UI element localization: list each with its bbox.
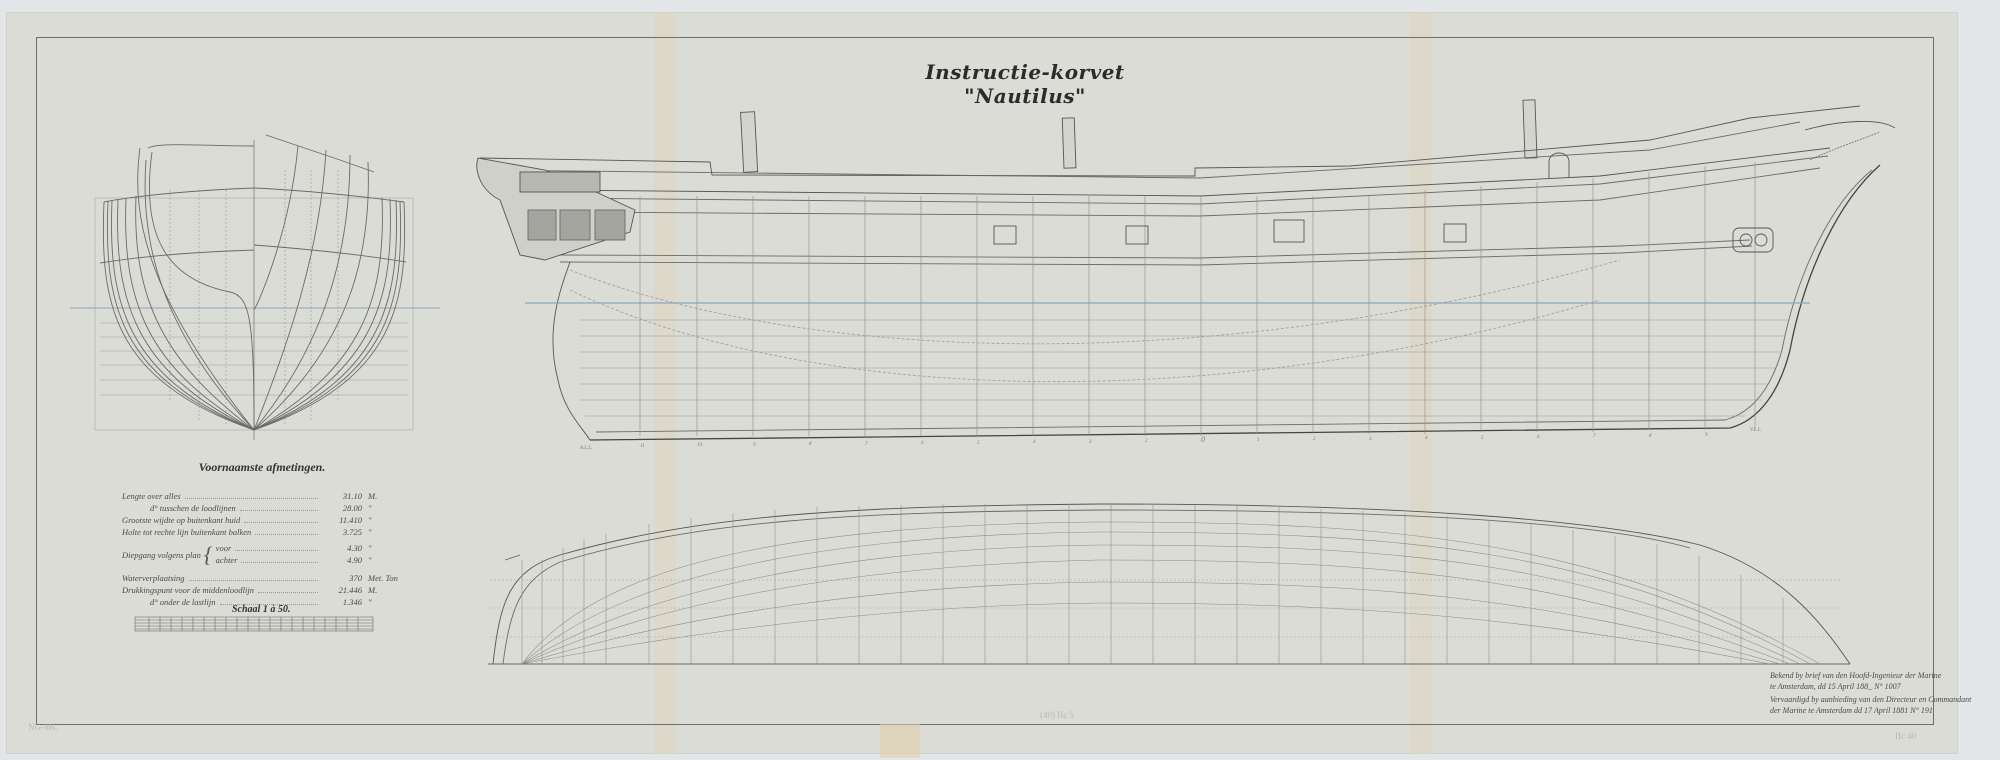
principal-dimensions-table: Voornaamste afmetingen. Lengte over alle…: [122, 460, 402, 609]
drawing-title: Instructie-korvet "Nautilus": [905, 60, 1145, 108]
svg-text:V.L.L.: V.L.L.: [1750, 428, 1762, 433]
ship-lines-drawing: A.L.L. 11109 876 543 20 123 456 789 V.L.…: [0, 0, 2000, 760]
archive-stamp: (40) IIc 5: [1040, 710, 1074, 720]
half-breadth-plan: [488, 504, 1850, 664]
svg-text:5: 5: [977, 441, 980, 446]
svg-text:6: 6: [921, 441, 924, 446]
scale-title: Schaal 1 à 50.: [232, 604, 290, 615]
svg-text:4: 4: [1425, 436, 1428, 441]
svg-text:4: 4: [1033, 440, 1036, 445]
brace-icon: {: [204, 544, 213, 566]
archive-number: IIc 40: [1895, 731, 1916, 741]
svg-text:11: 11: [640, 444, 645, 449]
svg-text:8: 8: [1649, 434, 1652, 439]
svg-text:6: 6: [1537, 435, 1540, 440]
station-labels: A.L.L. 11109 876 543 20 123 456 789 V.L.…: [579, 428, 1762, 451]
archive-ref: NG-MC: [28, 722, 58, 732]
svg-text:8: 8: [809, 442, 812, 447]
svg-text:9: 9: [1705, 433, 1708, 438]
paper-label: [880, 724, 920, 758]
sheer-plan: [477, 100, 1895, 440]
body-plan: [70, 135, 440, 440]
dimensions-title: Voornaamste afmetingen.: [122, 460, 402, 475]
svg-text:3: 3: [1369, 437, 1372, 442]
dimension-row: Grootste wijdte op buitenkant huid 11.41…: [122, 515, 402, 527]
main-mast: [1062, 118, 1076, 168]
svg-text:1: 1: [1257, 438, 1260, 443]
svg-text:2: 2: [1145, 439, 1148, 444]
svg-text:A.L.L.: A.L.L.: [579, 446, 592, 451]
dimension-row: d° tusschen de loodlijnen 28.00 ": [122, 503, 402, 515]
approval-note-2: Vervaardigd by aanbieding van den Direct…: [1770, 694, 1971, 716]
scale-bar: [135, 617, 373, 631]
svg-text:0: 0: [1201, 435, 1205, 444]
svg-text:3: 3: [1089, 440, 1092, 445]
dimension-row: Waterverplaatsing 370 Met. Ton: [122, 573, 402, 585]
dimension-row: achter 4.90 ": [216, 555, 402, 567]
approval-note-1: Bekend by brief van den Hoofd-Ingenieur …: [1770, 670, 1941, 692]
draught-group: Diepgang volgens plan { voor 4.30 " acht…: [122, 543, 402, 567]
dimension-row: voor 4.30 ": [216, 543, 402, 555]
svg-text:2: 2: [1313, 437, 1316, 442]
svg-text:7: 7: [865, 442, 868, 447]
svg-text:10: 10: [697, 443, 703, 448]
svg-text:5: 5: [1481, 436, 1484, 441]
svg-text:7: 7: [1593, 434, 1596, 439]
dimension-row: Drukkingspunt voor de middenloodlijn 21.…: [122, 585, 402, 597]
dimension-row: Lengte over alles 31.10 M.: [122, 491, 402, 503]
dimension-row: Holte tot rechte lijn buitenkant balken …: [122, 527, 402, 539]
fore-mast: [1523, 100, 1537, 158]
mizzen-mast: [741, 112, 758, 173]
svg-text:9: 9: [753, 443, 756, 448]
